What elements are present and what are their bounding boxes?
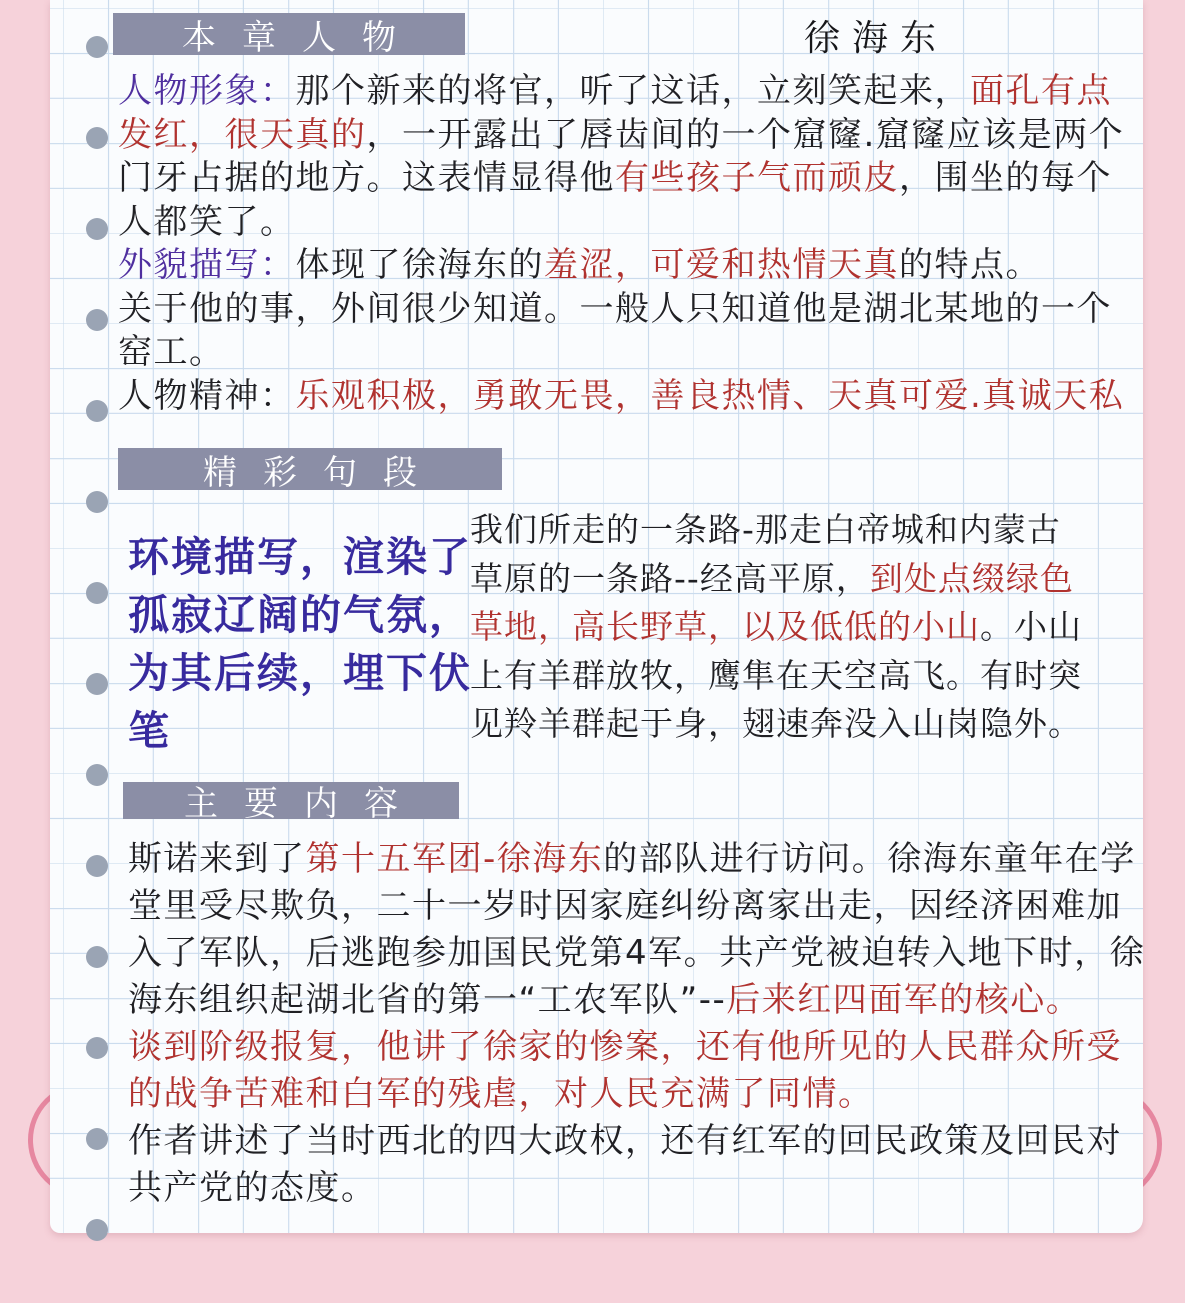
text-run: 人都笑了。 [118, 202, 296, 242]
punch-hole [86, 764, 108, 786]
text-run: 关于他的事，外间很少知道。一般人只知道他是湖北某地的一个 [118, 289, 1112, 329]
text-run: 环境描写，渲染了 [128, 533, 472, 581]
text-line: 人都笑了。 [118, 201, 1124, 245]
text-line: 发红，很天真的，一开露出了唇齿间的一个窟窿.窟窿应该是两个 [118, 114, 1124, 158]
text-run: 有些孩子气而顽皮 [615, 158, 899, 198]
excerpt-annotation: 环境描写，渲染了孤寂辽阔的气氛，为其后续，埋下伏笔 [128, 528, 472, 760]
text-run: 笔 [128, 707, 171, 755]
text-run: 斯诺来到了 [128, 839, 306, 879]
text-run: 上有羊群放牧，鹰隼在天空高飞。有时突 [470, 656, 1082, 695]
text-run: 到处点缀绿色 [870, 559, 1074, 598]
text-run: 的特点。 [899, 245, 1041, 285]
text-run: 作者讲述了当时西北的四大政权，还有红军的回民政策及回民对 [128, 1121, 1122, 1161]
text-line: 见羚羊群起于身，翅速奔没入山岗隐外。 [470, 700, 1082, 749]
section-banner-label: 主要内容 [158, 776, 424, 825]
text-line: 斯诺来到了第十五军团-徐海东的部队进行访问。徐海东童年在学 [128, 836, 1145, 883]
text-run: 草原的一条路--经高平原， [470, 559, 870, 598]
text-line: 我们所走的一条路-那走白帝城和内蒙古 [470, 506, 1082, 555]
text-line: 共产党的态度。 [128, 1165, 1145, 1212]
text-run: ，一开露出了唇齿间的一个窟窿.窟窿应该是两个 [367, 115, 1125, 155]
text-line: 草地，高长野草，以及低低的小山。小山 [470, 603, 1082, 652]
text-run: ，围坐的每个 [899, 158, 1112, 198]
punch-hole [86, 309, 108, 331]
text-run: 堂里受尽欺负，二十一岁时因家庭纠纷离家出走，因经济困难加 [128, 886, 1122, 926]
text-line: 海东组织起湖北省的第一“工农军队”--后来红四面军的核心。 [128, 977, 1145, 1024]
text-run: 第十五军团-徐海东 [306, 839, 604, 879]
section-banner-excerpt: 精彩句段 [118, 448, 502, 490]
punch-hole [86, 1128, 108, 1150]
text-run: 羞涩，可爱和热情天真 [544, 245, 899, 285]
text-line: 人物形象：那个新来的将官，听了这话，立刻笑起来，面孔有点 [118, 70, 1124, 114]
punch-hole [86, 1219, 108, 1241]
text-line: 笔 [128, 702, 472, 760]
notebook-page: 本章人物 徐海东 人物形象：那个新来的将官，听了这话，立刻笑起来，面孔有点发红，… [50, 0, 1143, 1233]
text-run: 的战争苦难和白军的残虐，对人民充满了同情。 [128, 1074, 874, 1114]
punch-hole [86, 218, 108, 240]
text-run: 。小山 [980, 607, 1082, 646]
text-line: 堂里受尽欺负，二十一岁时因家庭纠纷离家出走，因经济困难加 [128, 883, 1145, 930]
text-run: 入了军队，后逃跑参加国民党第4军。共产党被迫转入地下时，徐 [128, 933, 1145, 973]
section-banner-label: 精彩句段 [177, 445, 443, 494]
section-banner-label: 本章人物 [156, 10, 422, 59]
punch-hole [86, 1037, 108, 1059]
text-line: 环境描写，渲染了 [128, 528, 472, 586]
text-run: 门牙占据的地方。这表情显得他 [118, 158, 615, 198]
section-banner-characters: 本章人物 [113, 13, 465, 55]
text-run: 那个新来的将官，听了这话，立刻笑起来， [296, 71, 971, 111]
text-line: 门牙占据的地方。这表情显得他有些孩子气而顽皮，围坐的每个 [118, 157, 1124, 201]
text-line: 关于他的事，外间很少知道。一般人只知道他是湖北某地的一个 [118, 288, 1124, 332]
characters-notes: 人物形象：那个新来的将官，听了这话，立刻笑起来，面孔有点发红，很天真的，一开露出… [118, 70, 1124, 418]
section-banner-summary: 主要内容 [123, 782, 459, 819]
punch-hole [86, 673, 108, 695]
text-run: 为其后续，埋下伏 [128, 649, 472, 697]
text-line: 入了军队，后逃跑参加国民党第4军。共产党被迫转入地下时，徐 [128, 930, 1145, 977]
text-run: 后来红四面军的核心。 [726, 980, 1081, 1020]
excerpt-passage: 我们所走的一条路-那走白帝城和内蒙古草原的一条路--经高平原，到处点缀绿色草地，… [470, 506, 1082, 749]
text-line: 窑工。 [118, 331, 1124, 375]
text-run: 人物形象： [118, 71, 296, 111]
text-run: 草地，高长野草，以及低低的小山 [470, 607, 980, 646]
text-line: 人物精神：乐观积极，勇敢无畏，善良热情、天真可爱.真诚天私 [118, 375, 1124, 419]
text-line: 孤寂辽阔的气氛， [128, 586, 472, 644]
text-run: 我们所走的一条路-那走白帝城和内蒙古 [470, 510, 1061, 549]
punch-hole [86, 946, 108, 968]
text-run: 窑工。 [118, 332, 225, 372]
text-line: 作者讲述了当时西北的四大政权，还有红军的回民政策及回民对 [128, 1118, 1145, 1165]
text-run: 谈到阶级报复，他讲了徐家的惨案，还有他所见的人民群众所受 [128, 1027, 1122, 1067]
punch-hole [86, 36, 108, 58]
punch-hole [86, 400, 108, 422]
text-run: 见羚羊群起于身，翅速奔没入山岗隐外。 [470, 704, 1082, 743]
text-line: 谈到阶级报复，他讲了徐家的惨案，还有他所见的人民群众所受 [128, 1024, 1145, 1071]
summary-notes: 斯诺来到了第十五军团-徐海东的部队进行访问。徐海东童年在学堂里受尽欺负，二十一岁… [128, 836, 1145, 1212]
punch-hole [86, 855, 108, 877]
text-run: 共产党的态度。 [128, 1168, 377, 1208]
punch-hole [86, 582, 108, 604]
punch-hole [86, 491, 108, 513]
text-run: 的部队进行访问。徐海东童年在学 [603, 839, 1136, 879]
text-run: 面孔有点 [970, 71, 1112, 111]
text-run: 人物精神： [118, 376, 296, 416]
text-run: 体现了徐海东的 [296, 245, 545, 285]
text-run: 外貌描写： [118, 245, 296, 285]
text-line: 外貌描写：体现了徐海东的羞涩，可爱和热情天真的特点。 [118, 244, 1124, 288]
character-name: 徐海东 [804, 10, 948, 61]
punch-hole [86, 127, 108, 149]
text-line: 的战争苦难和白军的残虐，对人民充满了同情。 [128, 1071, 1145, 1118]
text-run: 乐观积极，勇敢无畏，善良热情、天真可爱.真诚天私 [296, 376, 1125, 416]
text-run: 海东组织起湖北省的第一“工农军队”-- [128, 980, 726, 1020]
text-run: 孤寂辽阔的气氛， [128, 591, 472, 639]
text-line: 上有羊群放牧，鹰隼在天空高飞。有时突 [470, 652, 1082, 701]
text-run: 发红，很天真的 [118, 115, 367, 155]
text-line: 为其后续，埋下伏 [128, 644, 472, 702]
text-line: 草原的一条路--经高平原，到处点缀绿色 [470, 555, 1082, 604]
